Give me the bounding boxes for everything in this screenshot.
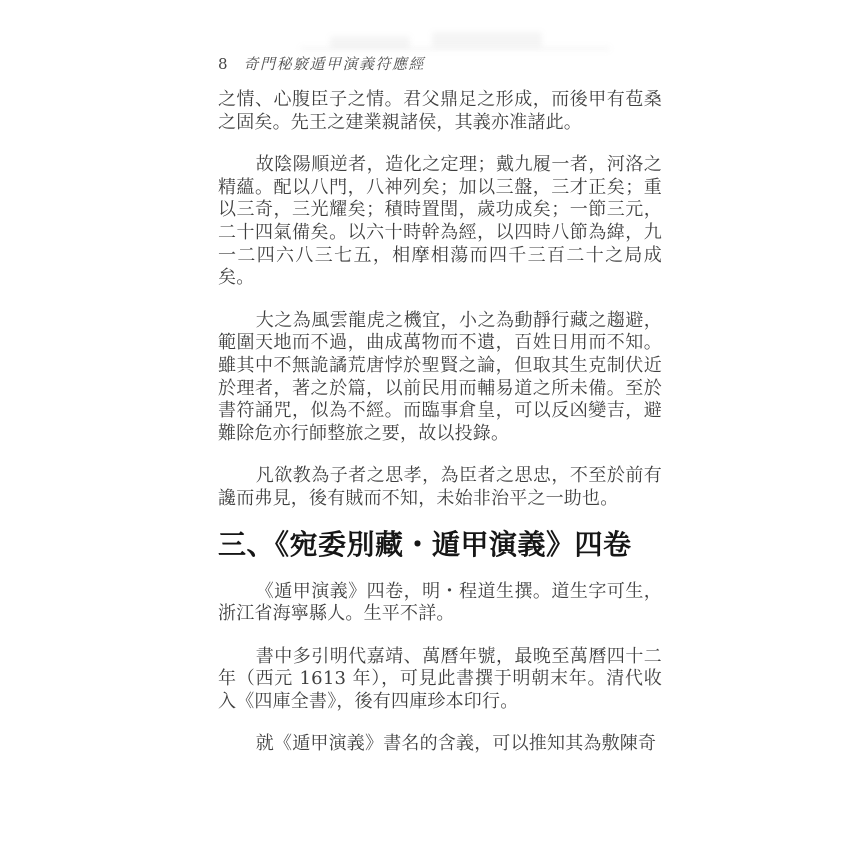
paragraph: 書中多引明代嘉靖、萬曆年號，最晚至萬曆四十二年（西元 1613 年），可見此書撰… [218,646,662,714]
page-number: 8 [218,55,228,73]
paragraph: 凡欲教為子者之思孝，為臣者之思忠，不至於前有讒而弗見，後有賊而不知，未始非治平之… [218,465,662,510]
running-header: 8奇門秘竅遁甲演義符應經 [218,55,662,73]
paragraph-cut-off: 就《遁甲演義》書名的含義，可以推知其為敷陳奇 [218,733,662,756]
scanned-book-page: 8奇門秘竅遁甲演義符應經 之情、心腹臣子之情。君父鼎足之形成，而後甲有苞桑之固矣… [0,0,850,850]
section-heading: 三、《宛委別藏・遁甲演義》四卷 [218,528,662,561]
paragraph: 《遁甲演義》四卷，明・程道生撰。道生字可生，浙江省海寧縣人。生平不詳。 [218,581,662,626]
paragraph: 大之為風雲龍虎之機宜，小之為動靜行藏之趨避，範圍天地而不過，曲成萬物而不遺，百姓… [218,310,662,446]
scan-bleed-artifact [432,32,542,47]
text-column: 8奇門秘竅遁甲演義符應經 之情、心腹臣子之情。君父鼎足之形成，而後甲有苞桑之固矣… [218,55,662,756]
paragraph-continuation: 之情、心腹臣子之情。君父鼎足之形成，而後甲有苞桑之固矣。先王之建業親諸侯，其義亦… [218,89,662,134]
scan-bleed-artifact [300,46,610,51]
paragraph: 故陰陽順逆者，造化之定理；戴九履一者，河洛之精蘊。配以八門，八神列矣；加以三盤，… [218,154,662,290]
running-title: 奇門秘竅遁甲演義符應經 [244,55,426,73]
